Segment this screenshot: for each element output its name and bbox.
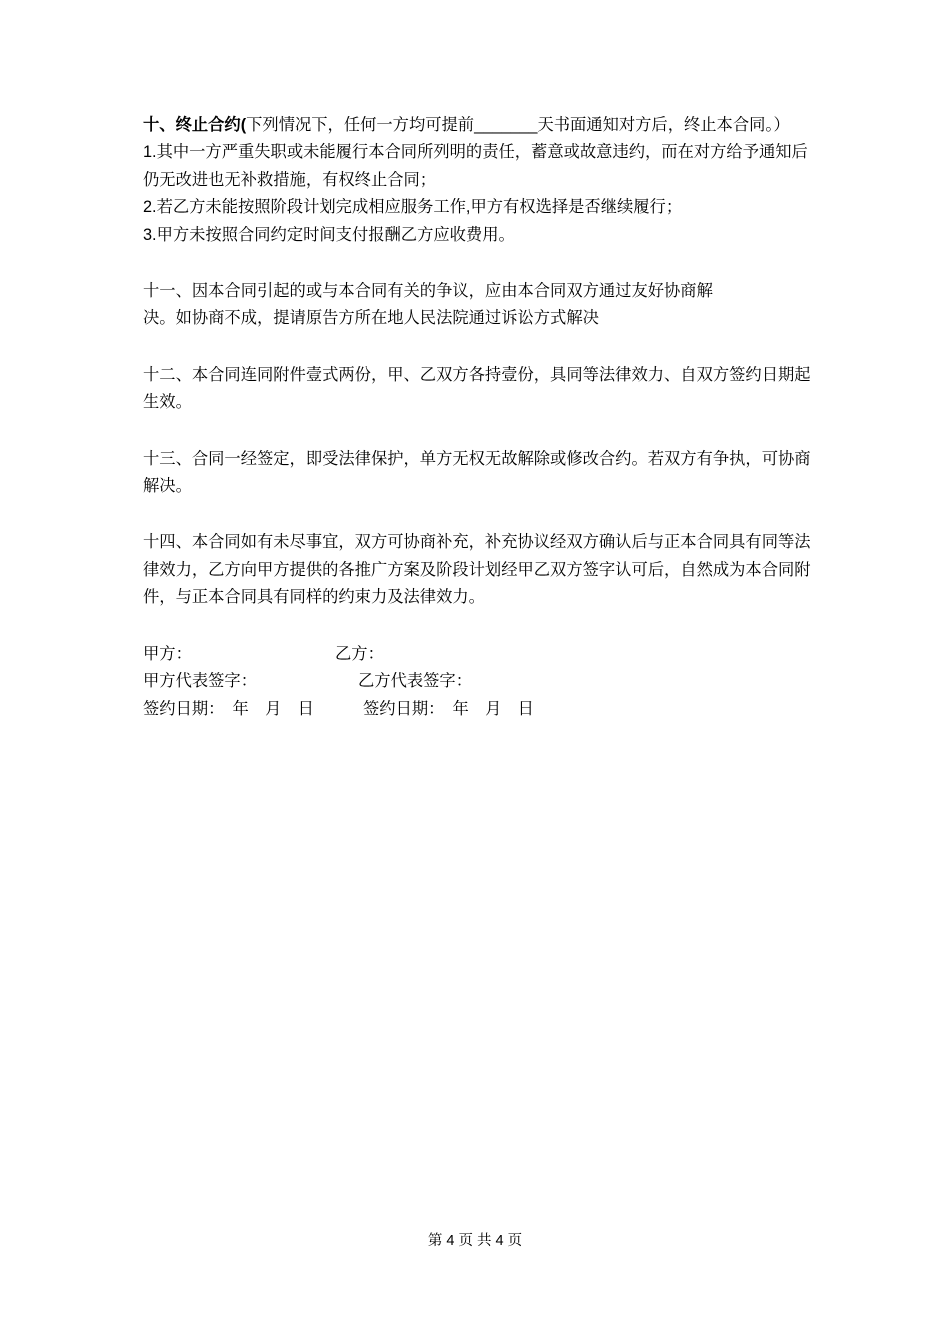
party-b-signature-label: 乙方代表签字： bbox=[358, 672, 472, 690]
signature-block: 甲方：乙方： 甲方代表签字：乙方代表签字： 签约日期： 年 月 日签约日期： 年… bbox=[143, 641, 843, 723]
party-a-signature-label: 甲方代表签字： bbox=[143, 668, 358, 695]
termination-clause-1-line-2: 仍无改进也无补救措施，有权终止合同； bbox=[143, 167, 843, 194]
section-termination-heading: 十、终止合约(下列情况下，任何一方均可提前_______天书面通知对方后，终止本… bbox=[143, 112, 843, 139]
section-dispute: 十一、因本合同引起的或与本合同有关的争议，应由本合同双方通过友好协商解 决。如协… bbox=[143, 278, 843, 333]
party-a-sign-date-label: 签约日期： 年 月 日 bbox=[143, 696, 363, 723]
termination-clause-3: 3.甲方未按照合同约定时间支付报酬乙方应收费用。 bbox=[143, 222, 843, 249]
section-protection-line-1: 十三、合同一经签定，即受法律保护，单方无权无故解除或修改合约。若双方有争执，可协… bbox=[143, 446, 843, 473]
section-supplement: 十四、本合同如有未尽事宜，双方可协商补充，补充协议经双方确认后与正本合同具有同等… bbox=[143, 529, 843, 611]
section-supplement-line-1: 十四、本合同如有未尽事宜，双方可协商补充，补充协议经双方确认后与正本合同具有同等… bbox=[143, 529, 843, 556]
section-copies-line-1: 十二、本合同连同附件壹式两份，甲、乙双方各持壹份，具同等法律效力、自双方签约日期… bbox=[143, 362, 843, 389]
section-dispute-line-1: 十一、因本合同引起的或与本合同有关的争议，应由本合同双方通过友好协商解 bbox=[143, 278, 843, 305]
section-copies: 十二、本合同连同附件壹式两份，甲、乙双方各持壹份，具同等法律效力、自双方签约日期… bbox=[143, 362, 843, 417]
signature-row-date: 签约日期： 年 月 日签约日期： 年 月 日 bbox=[143, 696, 843, 723]
section-supplement-line-3: 件，与正本合同具有同样的约束力及法律效力。 bbox=[143, 584, 843, 611]
party-a-label: 甲方： bbox=[143, 641, 335, 668]
termination-clause-1-line-1: 1.其中一方严重失职或未能履行本合同所列明的责任，蓄意或故意违约，而在对方给予通… bbox=[143, 139, 843, 166]
termination-clause-2: 2.若乙方未能按照阶段计划完成相应服务工作,甲方有权选择是否继续履行； bbox=[143, 194, 843, 221]
contract-body: 十、终止合约(下列情况下，任何一方均可提前_______天书面通知对方后，终止本… bbox=[143, 112, 843, 723]
section-copies-line-2: 生效。 bbox=[143, 389, 843, 416]
section-protection-line-2: 解决。 bbox=[143, 473, 843, 500]
section-supplement-line-2: 律效力，乙方向甲方提供的各推广方案及阶段计划经甲乙双方签字认可后，自然成为本合同… bbox=[143, 557, 843, 584]
party-b-label: 乙方： bbox=[335, 645, 384, 663]
section-dispute-line-2: 决。如协商不成，提请原告方所在地人民法院通过诉讼方式解决 bbox=[143, 305, 843, 332]
section-termination-heading-rest: 下列情况下，任何一方均可提前_______天书面通知对方后，终止本合同。） bbox=[246, 116, 790, 134]
signature-row-party: 甲方：乙方： bbox=[143, 641, 843, 668]
party-b-sign-date-label: 签约日期： 年 月 日 bbox=[363, 700, 534, 718]
page-number-indicator: 第 4 页 共 4 页 bbox=[428, 1233, 522, 1249]
signature-row-representative: 甲方代表签字：乙方代表签字： bbox=[143, 668, 843, 695]
document-page: 十、终止合约(下列情况下，任何一方均可提前_______天书面通知对方后，终止本… bbox=[0, 0, 950, 1344]
section-protection: 十三、合同一经签定，即受法律保护，单方无权无故解除或修改合约。若双方有争执，可协… bbox=[143, 446, 843, 501]
section-termination-number: 十、终止合约( bbox=[143, 116, 246, 134]
section-termination: 十、终止合约(下列情况下，任何一方均可提前_______天书面通知对方后，终止本… bbox=[143, 112, 843, 249]
page-footer: 第 4 页 共 4 页 bbox=[0, 1231, 950, 1251]
